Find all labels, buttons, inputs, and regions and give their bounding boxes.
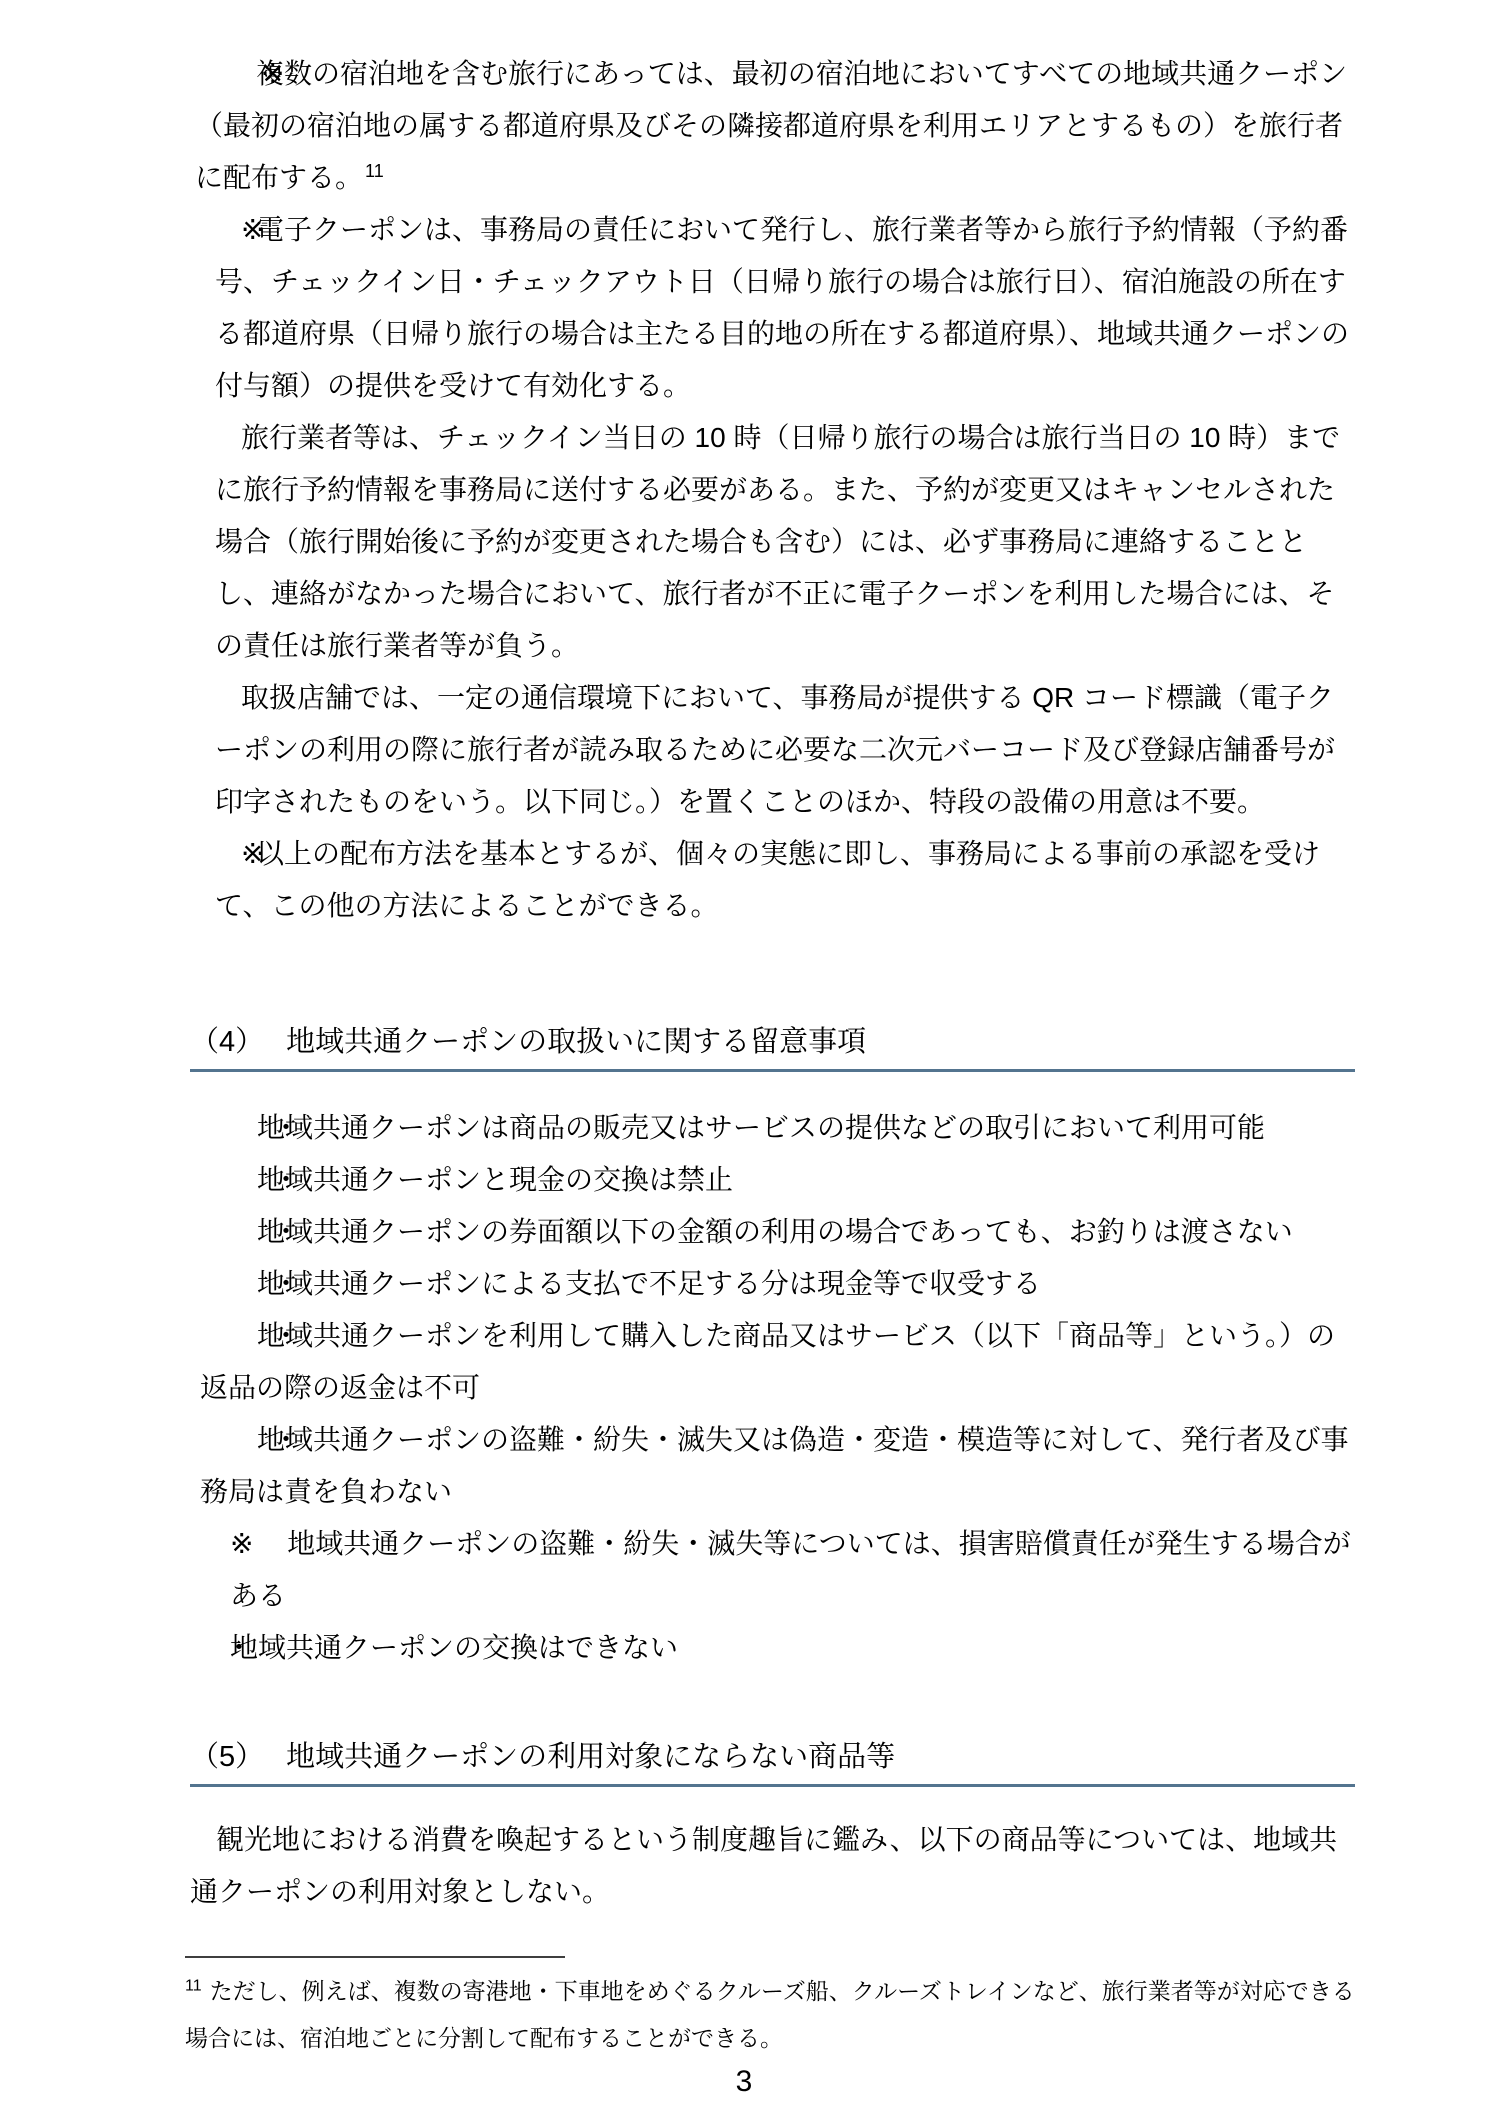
- bullet-item-shortfall-cash: ・ 地域共通クーポンによる支払で不足する分は現金等で収受する: [200, 1258, 1355, 1310]
- footnote-text: ただし、例えば、複数の寄港地・下車地をめぐるクルーズ船、クルーズトレインなど、旅…: [185, 1978, 1355, 2051]
- paragraph-text: 観光地における消費を喚起するという制度趣旨に鑑み、以下の商品等については、地域共…: [190, 1824, 1337, 1907]
- paragraph-text: 旅行業者等は、チェックイン当日の 10 時（日帰り旅行の場合は旅行当日の 10 …: [215, 422, 1340, 661]
- footnote-number: 11: [185, 1977, 202, 1994]
- section-title: 地域共通クーポンの取扱いに関する留意事項: [286, 1026, 866, 1058]
- section-4-bullet-list: ・ 地域共通クーポンは商品の販売又はサービスの提供などの取引において利用可能 ・…: [0, 1102, 1488, 1674]
- note-subparagraph-store: 取扱店舗では、一定の通信環境下において、事務局が提供する QR コード標識（電子…: [215, 672, 1355, 828]
- bullet-text: 地域共通クーポンを利用して購入した商品又はサービス（以下「商品等」という。）の返…: [200, 1320, 1335, 1403]
- bullet-marker: ・: [215, 1414, 300, 1466]
- bullet-marker: ・: [215, 1206, 300, 1258]
- note-subparagraph-travel-agent: 旅行業者等は、チェックイン当日の 10 時（日帰り旅行の場合は旅行当日の 10 …: [215, 412, 1355, 672]
- footnote-11: 11ただし、例えば、複数の寄港地・下車地をめぐるクルーズ船、クルーズトレインなど…: [185, 1968, 1360, 2062]
- bullet-text: 地域共通クーポンによる支払で不足する分は現金等で収受する: [257, 1268, 1041, 1299]
- bullet-marker: ・: [215, 1310, 300, 1362]
- note-text: 電子クーポンは、事務局の責任において発行し、旅行業者等から旅行予約情報（予約番号…: [215, 214, 1349, 401]
- bullet-item-no-liability: ・ 地域共通クーポンの盗難・紛失・滅失又は偽造・変造・模造等に対して、発行者及び…: [200, 1414, 1355, 1518]
- bullet-marker: ・: [215, 1102, 300, 1154]
- note-item-electronic-coupon: ※ 電子クーポンは、事務局の責任において発行し、旅行業者等から旅行予約情報（予約…: [215, 204, 1355, 412]
- bullet-text: 地域共通クーポンの盗難・紛失・滅失又は偽造・変造・模造等に対して、発行者及び事務…: [200, 1424, 1348, 1507]
- bullet-text: 地域共通クーポンの交換はできない: [230, 1632, 678, 1663]
- section-title: 地域共通クーポンの利用対象にならない商品等: [286, 1741, 895, 1773]
- section-4-heading: （4）地域共通クーポンの取扱いに関する留意事項: [190, 1025, 1355, 1072]
- bullet-marker: ・: [195, 1622, 253, 1674]
- reference-note-list: ※ 複数の宿泊地を含む旅行にあっては、最初の宿泊地においてすべての地域共通クーポ…: [0, 48, 1488, 932]
- kome-marker: ※: [200, 48, 284, 100]
- bullet-text: 地域共通クーポンと現金の交換は禁止: [257, 1164, 733, 1195]
- note-text: 以上の配布方法を基本とするが、個々の実態に即し、事務局による事前の承認を受けて、…: [215, 838, 1320, 921]
- page-number: 3: [0, 2062, 1488, 2102]
- bullet-item-no-change: ・ 地域共通クーポンの券面額以下の金額の利用の場合であっても、お釣りは渡さない: [200, 1206, 1355, 1258]
- bullet-text: 地域共通クーポンは商品の販売又はサービスの提供などの取引において利用可能: [257, 1112, 1265, 1143]
- page-content: ※ 複数の宿泊地を含む旅行にあっては、最初の宿泊地においてすべての地域共通クーポ…: [0, 0, 1488, 2102]
- bullet-item-usable: ・ 地域共通クーポンは商品の販売又はサービスの提供などの取引において利用可能: [200, 1102, 1355, 1154]
- document-page: ※ 複数の宿泊地を含む旅行にあっては、最初の宿泊地においてすべての地域共通クーポ…: [0, 0, 1488, 2104]
- note-item-distribution: ※ 複数の宿泊地を含む旅行にあっては、最初の宿泊地においてすべての地域共通クーポ…: [195, 48, 1355, 204]
- section-number: （4）: [190, 1026, 264, 1058]
- footnote-reference-11: 11: [365, 161, 384, 181]
- bullet-item-no-exchange: ・ 地域共通クーポンの交換はできない: [200, 1622, 1355, 1674]
- note-item-other-methods: ※ 以上の配布方法を基本とするが、個々の実態に即し、事務局による事前の承認を受け…: [215, 828, 1355, 932]
- paragraph-text: 取扱店舗では、一定の通信環境下において、事務局が提供する QR コード標識（電子…: [215, 682, 1335, 817]
- bullet-item-no-refund: ・ 地域共通クーポンを利用して購入した商品又はサービス（以下「商品等」という。）…: [200, 1310, 1355, 1414]
- section-number: （5）: [190, 1741, 264, 1773]
- sub-note-damages: ※ 地域共通クーポンの盗難・紛失・滅失等については、損害賠償責任が発生する場合が…: [230, 1518, 1355, 1622]
- bullet-marker: ・: [215, 1258, 300, 1310]
- kome-marker: ※: [200, 204, 264, 256]
- bullet-marker: ・: [215, 1154, 300, 1206]
- bullet-text: 地域共通クーポンの券面額以下の金額の利用の場合であっても、お釣りは渡さない: [257, 1216, 1293, 1247]
- sub-note-text: 地域共通クーポンの盗難・紛失・滅失等については、損害賠償責任が発生する場合がある: [230, 1528, 1351, 1611]
- kome-marker: ※: [200, 828, 264, 880]
- section-5-paragraph: 観光地における消費を喚起するという制度趣旨に鑑み、以下の商品等については、地域共…: [190, 1814, 1355, 1918]
- bullet-item-no-cash-exchange: ・ 地域共通クーポンと現金の交換は禁止: [200, 1154, 1355, 1206]
- footnote-separator: [185, 1956, 565, 1958]
- kome-marker: ※: [230, 1528, 253, 1559]
- section-5-heading: （5）地域共通クーポンの利用対象にならない商品等: [190, 1740, 1355, 1787]
